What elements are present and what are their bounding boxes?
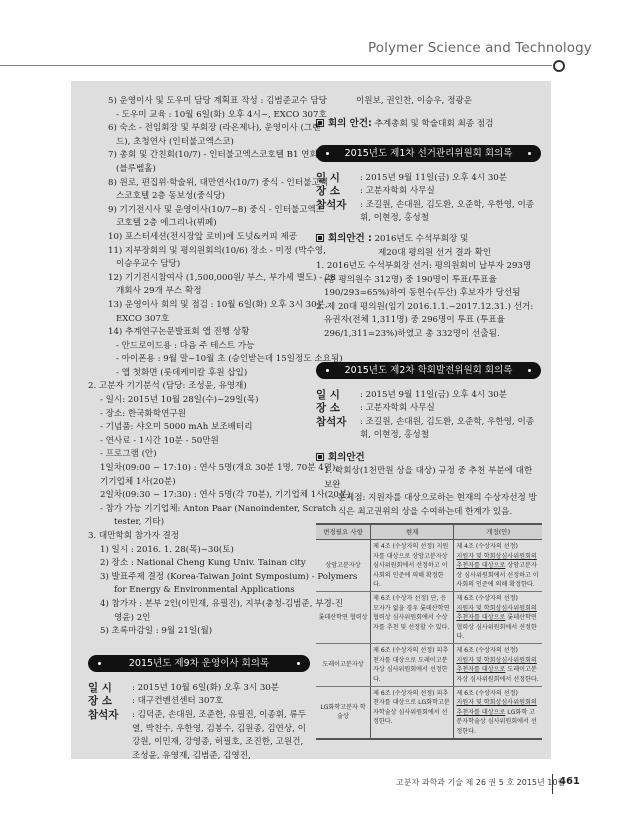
bullet-dot-icon	[326, 152, 329, 155]
list-item: - 안드로이드용 : 다음 주 테스트 가능	[88, 340, 310, 354]
list-item: 7) 총회 및 간친회(10/7) - 인터불고엑스코호텔 B1 연회장	[88, 149, 310, 163]
list-item: (블루벨홀)	[88, 163, 310, 177]
list-item: 이승우교수 담당)	[88, 258, 310, 272]
list-item: - 아이폰용 : 9월 말~10월 초 (승인받는데 15일정도 소요됨)	[88, 353, 310, 367]
list-item: for Energy & Environmental Applications	[88, 584, 310, 598]
footer-journal-info: 고분자 과학과 기술 제 26 권 5 호 2015년 10월	[396, 777, 565, 788]
meeting-place: 장 소 : 대구컨벤션센터 307호	[88, 695, 310, 709]
list-item: - 도우미 교육 : 10월 6일(화) 오후 4시~, EXCO 307호	[88, 109, 310, 123]
column-header: 현재	[371, 524, 454, 540]
left-column: 5) 운영이사 및 도우미 담당 계획표 작성 : 김범준교수 담당- 도우미 …	[88, 95, 310, 763]
agenda-label: 회의안건	[328, 452, 365, 463]
meeting-place: 장 소 : 고분자학회 사무실	[316, 402, 541, 416]
list-item: 13) 운영이사 회의 및 점검 : 10월 6일(화) 오후 3시 30분,	[88, 299, 310, 313]
list-item: 3. 대만학회 참가자 결정	[88, 530, 310, 544]
attendees-value: : 조길원, 손대원, 김도환, 오준학, 우한영, 이종휘, 이현정, 홍성철	[360, 199, 541, 226]
square-bullet-icon	[316, 234, 324, 242]
list-item: - 기념품: 샤오미 5000 mAh 보조배터리	[88, 421, 310, 435]
meeting-date: 일 시 : 2015년 10월 6일(화) 오후 3시 30분	[88, 682, 310, 696]
place-value: : 대구컨벤션센터 307호	[132, 695, 310, 709]
list-item: 1일차(09:00 ~ 17:10) : 연사 5명(개요 30분 1명, 70…	[88, 462, 310, 476]
place-label: 장 소	[316, 402, 360, 416]
date-value: : 2015년 9월 11일(금) 오후 4시 30분	[360, 172, 541, 186]
attendees-label: 참석자	[88, 709, 132, 763]
table-header-row: 변경필요 사항 현재 개정(안)	[316, 524, 542, 540]
list-item: 2. 고분자 기기분석 (담당: 조성윤, 유영재)	[88, 380, 310, 394]
section-title: 2015년도 제1차 선거관리위원회 회의록	[345, 148, 513, 159]
list-item: 1) 일시 : 2016. 1. 28(목)~30(토)	[88, 544, 310, 558]
agenda-item-detail: - 문제점: 지원자를 대상으로하는 현재의 수상자선정 방식은 최고권위의 상…	[316, 492, 541, 519]
proposed-head: 제 4조 (수상자의 선정)	[456, 542, 540, 551]
list-item: 3) 발표주제 결정 (Korea-Taiwan Joint Symposium…	[88, 571, 310, 585]
place-label: 장 소	[316, 185, 360, 199]
bullet-dot-icon	[326, 369, 329, 372]
award-name: LG화학고분자 학술상	[316, 686, 371, 739]
agenda-value: 추계총회 및 학술대회 최종 점검	[375, 119, 494, 129]
meeting-attendees: 참석자 : 조길원, 손대원, 김도환, 오준학, 우한영, 이종휘, 이현정,…	[316, 199, 541, 226]
agenda-item: 1. 학회상(1천만원 상을 대상) 규정 중 추천 부분에 대한 보완	[316, 465, 541, 492]
proposed-head: 제 6조 (수상자의 선정)	[456, 646, 540, 655]
list-item: 2) 장소 : National Cheng Kung Univ. Tainan…	[88, 557, 310, 571]
list-item: 10) 포스터세션(전시장앞 로비)에 도넛&커피 제공	[88, 231, 310, 245]
square-bullet-icon	[316, 119, 324, 127]
list-item: tester, 기타)	[88, 516, 310, 530]
list-item: - 앱 첫화면 (롯데케미칼 후원 삽입)	[88, 367, 310, 381]
award-name: 롯데산학연 협력상	[316, 592, 371, 644]
award-amendment-table: 변경필요 사항 현재 개정(안) 상암고분자상제 4조 (수상자의 선정) 지원…	[316, 523, 542, 740]
date-value: : 2015년 9월 11일(금) 오후 4시 30분	[360, 389, 541, 403]
table-row: 롯데산학연 협력상제 6조 (수상자 선정) 단, 응모자가 없을 경우 롯데산…	[316, 592, 542, 644]
list-item: - 참가 가능 기기업체: Anton Paar (Nanoindenter, …	[88, 503, 310, 517]
list-item: 12) 기기전시참여사 (1,500,000원/ 부스, 부가세 별도) - 2…	[88, 272, 310, 286]
place-value: : 고분자학회 사무실	[360, 185, 541, 199]
footer-divider	[552, 774, 553, 794]
agenda-label: 회의 안건:	[328, 118, 372, 129]
attendees-continued: 이원보, 권인찬, 이승우, 정광운	[316, 95, 541, 109]
list-item: 9) 기기전시사 및 운영이사(10/7~8) 중식 - 인터불고엑스	[88, 204, 310, 218]
list-item: 2일차(09:30 ~ 17:30) : 연사 5명(각 70분), 기기업체 …	[88, 489, 310, 503]
bullet-dot-icon	[98, 662, 101, 665]
section-title: 2015년도 제2차 학회발전위원회 회의록	[345, 365, 513, 376]
list-item: - 일시: 2015년 10월 28일(수)~29일(목)	[88, 394, 310, 408]
list-item: 8) 원로, 편집위·학술위, 대만연사(10/7) 중식 - 인터불고엑	[88, 177, 310, 191]
list-item: 기기업체 1사(20분)	[88, 476, 310, 490]
place-value: : 고분자학회 사무실	[360, 402, 541, 416]
agenda-value: 2016년도 수석부회장 및	[375, 234, 469, 244]
agenda-election: 회의안건 : 2016년도 수석부회장 및 제20대 평의원 선거 결과 확인	[316, 232, 541, 260]
list-item: 드), 초청연사 (인터불고엑스코)	[88, 136, 310, 150]
header-circle-ornament	[553, 60, 565, 72]
current-rule: 제 6조 (수상자의 선정) 피추천자를 대상으로 LG화학고분자학술상 심사위…	[371, 686, 454, 739]
proposed-head: 제 6조 (수상자의 선정)	[456, 594, 540, 603]
journal-title: Polymer Science and Technology	[368, 40, 592, 56]
proposed-rule: 제 6조 (수상자의 선정)지원자 및 학회상심사위원회의 추천자를 대상으로 …	[454, 644, 542, 687]
meeting-date: 일 시 : 2015년 9월 11일(금) 오후 4시 30분	[316, 389, 541, 403]
bullet-dot-icon	[528, 369, 531, 372]
square-bullet-icon	[316, 453, 324, 461]
bullet-dot-icon	[528, 152, 531, 155]
table-row: 도레이고분자상제 6조 (수상자의 선정) 피추천자를 대상으로 도레이고분자상…	[316, 644, 542, 687]
date-value: : 2015년 10월 6일(화) 오후 3시 30분	[132, 682, 310, 696]
list-item: 14) 추계연구논문발표회 앱 진행 상황	[88, 326, 310, 340]
current-rule: 제 6조 (수상자 선정) 단, 응모자가 없을 경우 롯데산학연 협력상 심사…	[371, 592, 454, 644]
date-label: 일 시	[316, 172, 360, 186]
section-header-development: 2015년도 제2차 학회발전위원회 회의록	[316, 362, 541, 379]
list-item: 5) 운영이사 및 도우미 담당 계획표 작성 : 김범준교수 담당	[88, 95, 310, 109]
attendees-label: 참석자	[316, 416, 360, 443]
agenda-value-cont: 제20대 평의원 선거 결과 확인	[316, 246, 541, 260]
agenda-9th: 회의 안건: 추계총회 및 학술대회 최종 점검	[316, 117, 541, 131]
place-label: 장 소	[88, 695, 132, 709]
list-item: 개회사 29개 부스 확정	[88, 285, 310, 299]
header-rule	[0, 65, 552, 66]
column-header: 변경필요 사항	[316, 524, 371, 540]
election-result-item: 1. 2016년도 수석부회장 선거: 평의원회비 납부자 293명(총 평의원…	[316, 260, 541, 301]
page-number: 461	[559, 776, 580, 787]
table-row: LG화학고분자 학술상제 6조 (수상자의 선정) 피추천자를 대상으로 LG화…	[316, 686, 542, 739]
meeting-attendees: 참석자 : 김덕준, 손대원, 조준한, 유필진, 이종휘, 류두열, 박찬수,…	[88, 709, 310, 763]
date-label: 일 시	[316, 389, 360, 403]
list-item: 6) 숙소 - 전임회장 및 부회장 (라온제나), 운영이사 (그랜	[88, 122, 310, 136]
section-header-election: 2015년도 제1차 선거관리위원회 회의록	[316, 145, 541, 162]
column-header: 개정(안)	[454, 524, 542, 540]
list-item: EXCO 307호	[88, 313, 310, 327]
meeting-date: 일 시 : 2015년 9월 11일(금) 오후 4시 30분	[316, 172, 541, 186]
proposed-rule: 제 6조 (수상자의 선정)지원자 및 학회상심사위원회의 추천자를 대상으로 …	[454, 592, 542, 644]
award-name: 도레이고분자상	[316, 644, 371, 687]
list-item: - 장소: 한국화학연구원	[88, 408, 310, 422]
meeting-place: 장 소 : 고분자학회 사무실	[316, 185, 541, 199]
current-rule: 제 4조 (수상자의 선정) 지원자를 대상으로 상암고분자상 심사위원회에서 …	[371, 540, 454, 592]
proposed-rule: 제 4조 (수상자의 선정)지원자 및 학회상심사위원회의 추천자를 대상으로 …	[454, 540, 542, 592]
list-item: 11) 지부장회의 및 평의원회의(10/6) 장소 - 미정 (박수영,	[88, 245, 310, 259]
list-item: - 연사료 - 1시간 10분 - 50만원	[88, 435, 310, 449]
list-item: 코호텔 2층 에그리나(뷔페)	[88, 217, 310, 231]
agenda-development: 회의안건	[316, 451, 541, 465]
proposed-rule: 제 6조 (수상자의 선정)지원자 및 학회상심사위원회의 추천자를 대상으로 …	[454, 686, 542, 739]
list-item: 5) 초록마감일 : 9월 21일(월)	[88, 625, 310, 639]
attendees-value: : 김덕준, 손대원, 조준한, 유필진, 이종휘, 류두열, 박찬수, 우한영…	[132, 709, 310, 763]
current-rule: 제 6조 (수상자의 선정) 피추천자를 대상으로 도레이고분자상 심사위원회에…	[371, 644, 454, 687]
date-label: 일 시	[88, 682, 132, 696]
attendees-value: : 조길원, 손대원, 김도환, 오준학, 우한영, 이종휘, 이현정, 홍성철	[360, 416, 541, 443]
list-item: 영윤) 2인	[88, 612, 310, 626]
right-column: 이원보, 권인찬, 이승우, 정광운 회의 안건: 추계총회 및 학술대회 최종…	[316, 95, 541, 740]
section-title: 2015년도 제9차 운영이사 회의록	[129, 658, 269, 669]
minutes-list: 5) 운영이사 및 도우미 담당 계획표 작성 : 김범준교수 담당- 도우미 …	[88, 95, 310, 639]
list-item: 스코호텔 2층 동보성(중식당)	[88, 190, 310, 204]
list-item: 4) 참가자 : 본부 2인(이민재, 유필진), 지부(충청-김범준, 부경-…	[88, 598, 310, 612]
section-header-9th-board: 2015년도 제9차 운영이사 회의록	[88, 655, 310, 672]
attendees-label: 참석자	[316, 199, 360, 226]
meeting-attendees: 참석자 : 조길원, 손대원, 김도환, 오준학, 우한영, 이종휘, 이현정,…	[316, 416, 541, 443]
bullet-dot-icon	[297, 662, 300, 665]
election-result-item: 2. 제 20대 평의원(임기 2016.1.1.~2017.12.31.) 선…	[316, 301, 541, 342]
agenda-label: 회의안건 :	[328, 233, 372, 244]
table-row: 상암고분자상제 4조 (수상자의 선정) 지원자를 대상으로 상암고분자상 심사…	[316, 540, 542, 592]
list-item: - 프로그램 (안)	[88, 448, 310, 462]
proposed-head: 제 6조 (수상자의 선정)	[456, 689, 540, 698]
award-name: 상암고분자상	[316, 540, 371, 592]
